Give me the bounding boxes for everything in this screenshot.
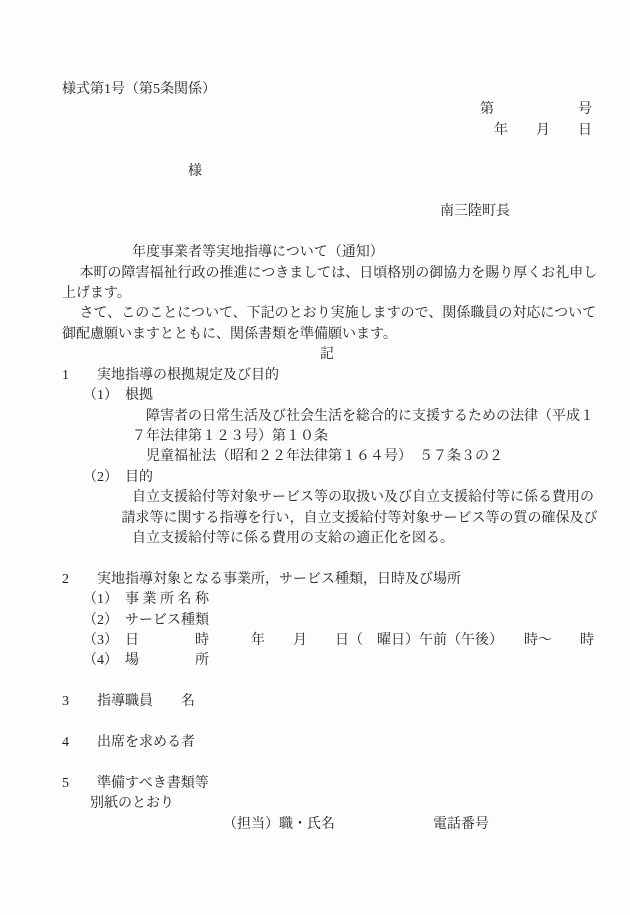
purpose-line-3: 自立支援給付等に係る費用の支給の適正化を図る。 bbox=[62, 529, 592, 549]
section-5-line: 別紙のとおり bbox=[62, 794, 592, 814]
record-marker: 記 bbox=[62, 345, 592, 365]
blank-line bbox=[62, 549, 592, 569]
section-1-heading: 1 実地指導の根拠規定及び目的 bbox=[62, 366, 592, 386]
doc-number-line: 第 号 bbox=[62, 100, 592, 120]
purpose-line-1: 自立支援給付等対象サービス等の取扱い及び自立支援給付等に係る費用の bbox=[62, 488, 592, 508]
section-2-1-line: （1） 事 業 所 名 称 bbox=[62, 590, 592, 610]
section-5-heading: 5 準備すべき書類等 bbox=[62, 774, 592, 794]
blank-line bbox=[62, 182, 592, 202]
body-paragraph-2b: 御配慮願いますとともに、関係書類を準備願います。 bbox=[62, 325, 592, 345]
section-1-2-heading: （2） 目的 bbox=[62, 468, 592, 488]
document-page: 様式第1号（第5条関係）第 号年 月 日 様 南三陸町長 年度事業者等実地指導に… bbox=[0, 0, 630, 915]
document-body: 様式第1号（第5条関係）第 号年 月 日 様 南三陸町長 年度事業者等実地指導に… bbox=[62, 80, 592, 835]
legal-basis-line-1: 障害者の日常生活及び社会生活を総合的に支援するための法律（平成１ bbox=[62, 407, 592, 427]
body-paragraph-2a: さて、このことについて、下記のとおり実施しますので、関係職員の対応について bbox=[62, 304, 592, 324]
issuer-line: 南三陸町長 bbox=[62, 202, 592, 222]
blank-line bbox=[62, 672, 592, 692]
contact-line: （担当）職・氏名 電話番号 bbox=[62, 815, 592, 835]
body-paragraph-1b: 上げます。 bbox=[62, 284, 592, 304]
section-1-1-heading: （1） 根拠 bbox=[62, 386, 592, 406]
section-2-4-line: （4） 場 所 bbox=[62, 651, 592, 671]
section-2-heading: 2 実地指導対象となる事業所，サービス種類，日時及び場所 bbox=[62, 570, 592, 590]
section-2-3-line: （3） 日 時 年 月 日（ 曜日）午前（午後） 時～ 時 bbox=[62, 631, 592, 651]
blank-line bbox=[62, 141, 592, 161]
blank-line bbox=[62, 753, 592, 773]
body-paragraph-1a: 本町の障害福祉行政の推進につきましては、日頃格別の御協力を賜り厚くお礼申し bbox=[62, 264, 592, 284]
doc-date-line: 年 月 日 bbox=[62, 121, 592, 141]
section-4-heading: 4 出席を求める者 bbox=[62, 733, 592, 753]
legal-basis-line-2: ７年法律第１２３号）第１０条 bbox=[62, 427, 592, 447]
section-3-heading: 3 指導職員 名 bbox=[62, 692, 592, 712]
doc-title: 年度事業者等実地指導について（通知） bbox=[62, 243, 592, 263]
blank-line bbox=[62, 223, 592, 243]
purpose-line-2: 請求等に関する指導を行い，自立支援給付等対象サービス等の質の確保及び bbox=[62, 509, 592, 529]
blank-line bbox=[62, 713, 592, 733]
recipient-line: 様 bbox=[62, 162, 592, 182]
form-label: 様式第1号（第5条関係） bbox=[62, 80, 592, 100]
section-2-2-line: （2） サービス種類 bbox=[62, 611, 592, 631]
legal-basis-line-3: 児童福祉法（昭和２２年法律第１６４号） ５７条３の２ bbox=[62, 447, 592, 467]
